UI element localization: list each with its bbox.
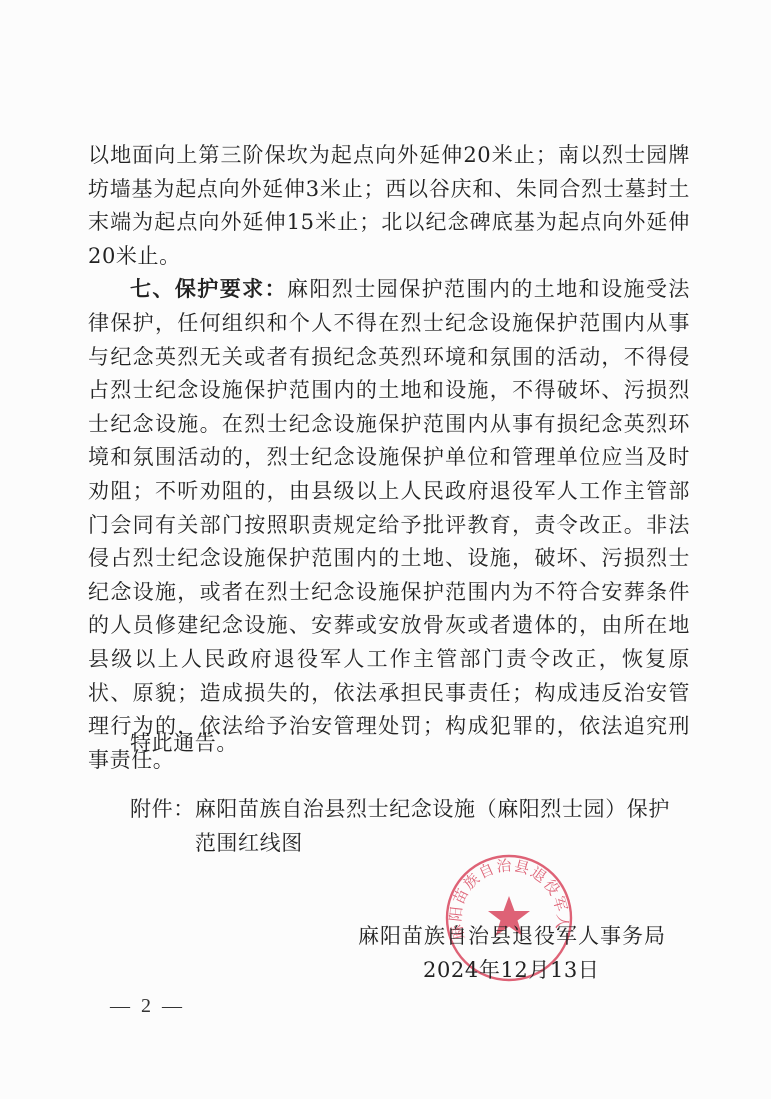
closing-statement: 特此通告。 [130,727,238,757]
paragraph-protection-requirements: 七、保护要求：麻阳烈士园保护范围内的土地和设施受法律保护，任何组织和个人不得在烈… [88,273,690,777]
page-number: — 2 — [110,995,185,1018]
attachment-title: 麻阳苗族自治县烈士纪念设施（麻阳烈士园）保护范围红线图 [195,793,690,860]
document-page: 以地面向上第三阶保坎为起点向外延伸20米止；南以烈士园牌坊墙基为起点向外延伸3米… [0,0,771,1099]
paragraph-text: 麻阳烈士园保护范围内的土地和设施受法律保护，任何组织和个人不得在烈士纪念设施保护… [88,277,690,771]
attachment-note: 附件： 麻阳苗族自治县烈士纪念设施（麻阳烈士园）保护范围红线图 [130,793,690,860]
attachment-label: 附件： [130,793,195,860]
issuer-name: 麻阳苗族自治县退役军人事务局 [358,920,666,950]
section-heading: 七、保护要求： [130,277,287,301]
paragraph-text: 以地面向上第三阶保坎为起点向外延伸20米止；南以烈士园牌坊墙基为起点向外延伸3米… [88,143,690,268]
document-body: 以地面向上第三阶保坎为起点向外延伸20米止；南以烈士园牌坊墙基为起点向外延伸3米… [88,139,690,777]
paragraph-boundary-continuation: 以地面向上第三阶保坎为起点向外延伸20米止；南以烈士园牌坊墙基为起点向外延伸3米… [88,139,690,273]
issue-date: 2024年12月13日 [423,954,600,984]
